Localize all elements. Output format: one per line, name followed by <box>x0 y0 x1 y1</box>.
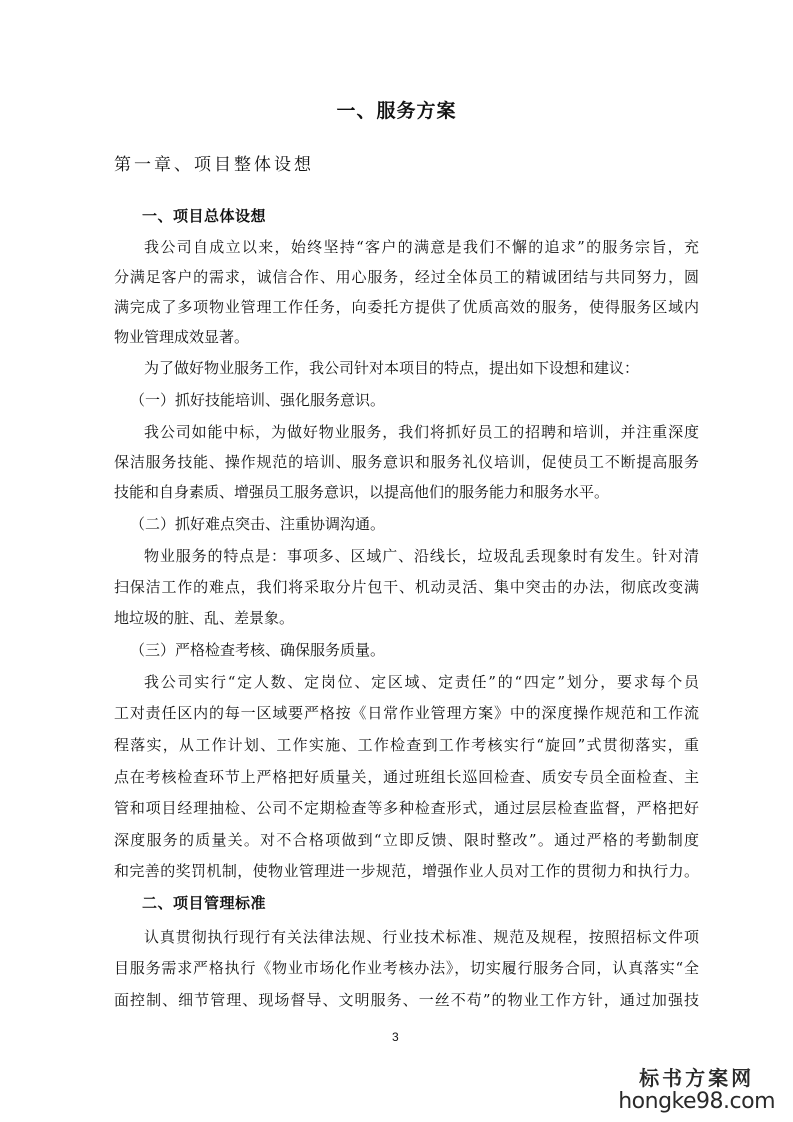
paragraph-line: 满完成了多项物业管理工作任务，向委托方提供了优质高效的服务，使得服务区域内 <box>114 296 699 317</box>
page-number: 3 <box>392 1030 399 1044</box>
chapter-heading: 第一章、项目整体设想 <box>114 150 314 175</box>
paragraph-line: 和完善的奖罚机制，使物业管理进一步规范，增强作业人员对工作的贯彻力和执行力。 <box>114 860 699 881</box>
paragraph-line: 工对责任区内的每一区域要严格按《日常作业管理方案》中的深度操作规范和工作流 <box>114 702 699 723</box>
subsection-heading: （三）严格检查考核、确保服务质量。 <box>130 639 715 660</box>
paragraph-line: 深度服务的质量关。对不合格项做到“立即反馈、限时整改”。通过严格的考勤制度 <box>114 829 699 850</box>
paragraph-line: 面控制、细节管理、现场督导、文明服务、一丝不苟”的物业工作方针，通过加强技 <box>114 989 699 1010</box>
paragraph-line: 技能和自身素质、增强员工服务意识，以提高他们的服务能力和服务水平。 <box>114 481 699 502</box>
paragraph-line: 物业服务的特点是：事项多、区域广、沿线长，垃圾乱丢现象时有发生。针对清 <box>144 545 699 566</box>
watermark-url: hongke98.com <box>618 1089 775 1114</box>
section-heading: 一、项目总体设想 <box>142 205 266 226</box>
document-title: 一、服务方案 <box>0 96 793 123</box>
paragraph-line: 认真贯彻执行现行有关法律法规、行业技术标准、规范及规程，按照招标文件项 <box>144 926 699 947</box>
paragraph-line: 物业管理成效显著。 <box>114 326 699 347</box>
paragraph-line: 保洁服务技能、操作规范的培训、服务意识和服务礼仪培训，促使员工不断提高服务 <box>114 451 699 472</box>
paragraph-line: 我公司实行“定人数、定岗位、定区域、定责任”的“四定”划分，要求每个员 <box>144 671 699 692</box>
paragraph-line: 我公司自成立以来，始终坚持“客户的满意是我们不懈的追求”的服务宗旨，充 <box>144 236 699 257</box>
subsection-heading: （二）抓好难点突击、注重协调沟通。 <box>130 513 715 534</box>
document-page: 一、服务方案 第一章、项目整体设想 一、项目总体设想二、项目管理标准 我公司自成… <box>0 0 793 1122</box>
watermark: 标书方案网 hongke98.com <box>618 1062 775 1114</box>
section-heading: 二、项目管理标准 <box>142 892 266 913</box>
paragraph-line: 扫保洁工作的难点，我们将采取分片包干、机动灵活、集中突击的办法，彻底改变满 <box>114 576 699 597</box>
watermark-chinese: 标书方案网 <box>618 1062 775 1091</box>
paragraph-line: 我公司如能中标，为做好物业服务，我们将抓好员工的招聘和培训，并注重深度 <box>144 421 699 442</box>
subsection-heading: （一）抓好技能培训、强化服务意识。 <box>130 389 715 410</box>
paragraph-line: 地垃圾的脏、乱、差景象。 <box>114 607 699 628</box>
paragraph-line: 为了做好物业服务工作，我公司针对本项目的特点，提出如下设想和建议： <box>144 357 699 378</box>
paragraph-line: 目服务需求严格执行《物业市场化作业考核办法》，切实履行服务合同，认真落实“全 <box>114 957 699 978</box>
paragraph-line: 程落实，从工作计划、工作实施、工作检查到工作考核实行“旋回”式贯彻落实，重 <box>114 734 699 755</box>
paragraph-line: 分满足客户的需求，诚信合作、用心服务，经过全体员工的精诚团结与共同努力，圆 <box>114 266 699 287</box>
paragraph-line: 管和项目经理抽检、公司不定期检查等多种检查形式，通过层层检查监督，严格把好 <box>114 797 699 818</box>
paragraph-line: 点在考核检查环节上严格把好质量关，通过班组长巡回检查、质安专员全面检查、主 <box>114 766 699 787</box>
